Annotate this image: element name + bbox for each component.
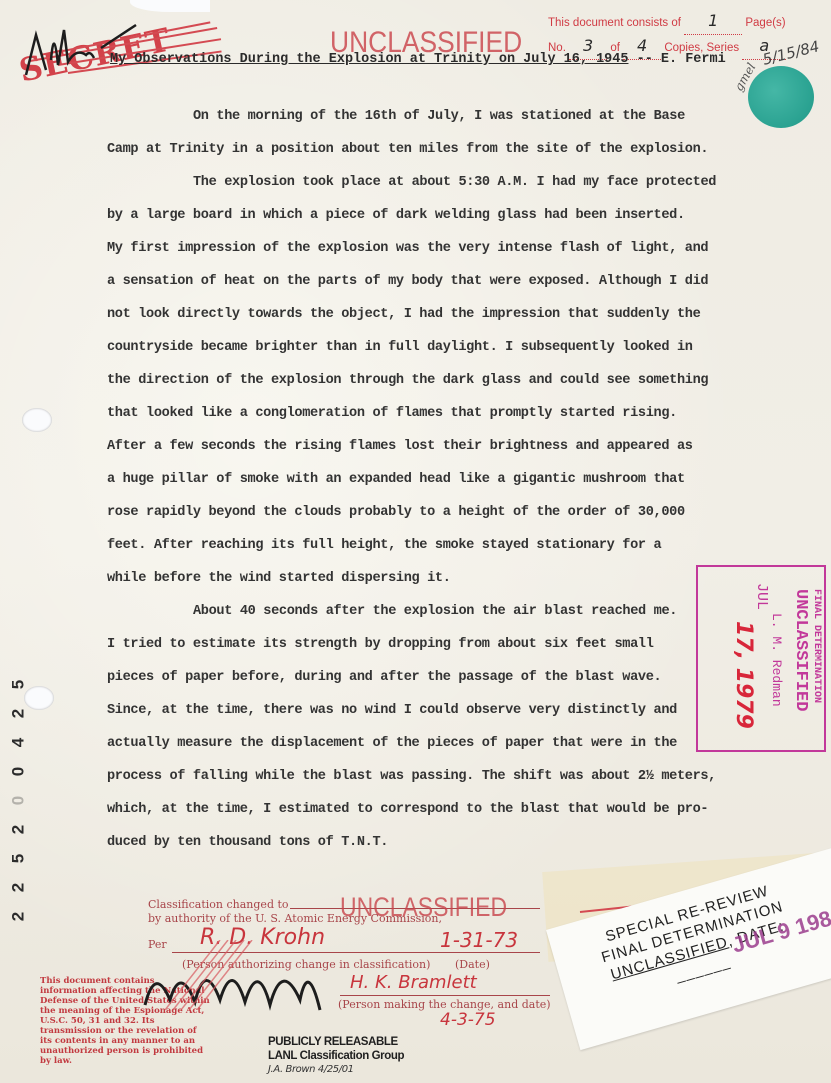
paper-tear <box>130 0 210 12</box>
title-author: -- E. Fermi <box>637 52 726 67</box>
body-line: The explosion took place at about 5:30 A… <box>107 166 797 199</box>
pages-value: 1 <box>708 11 718 30</box>
scribble-signature-icon <box>16 20 146 80</box>
serial-digit: 2 <box>4 818 33 842</box>
serial-digit: 5 <box>4 847 33 871</box>
serial-digit: 2 <box>4 876 33 900</box>
body-line: the direction of the explosion through t… <box>107 364 797 397</box>
body-line: a huge pillar of smoke with an expanded … <box>107 463 797 496</box>
body-line: duced by ten thousand tons of T.N.T. <box>107 826 797 859</box>
body-line: actually measure the displacement of the… <box>107 727 797 760</box>
serial-digit: 0 <box>4 760 33 784</box>
stamp-line-final-determination: FINAL DETERMINATION <box>811 589 822 703</box>
body-line: I tried to estimate its strength by drop… <box>107 628 797 661</box>
final-determination-stamp: FINAL DETERMINATION UNCLASSIFIED L. M. R… <box>696 565 826 752</box>
body-line: not look directly towards the object, I … <box>107 298 797 331</box>
document-page: SECRET UNCLASSIFIED This document consis… <box>0 0 831 1083</box>
releasable-signature: J.A. Brown 4/25/01 <box>268 1063 404 1077</box>
pages-label: Page(s) <box>745 17 785 29</box>
serial-digit: 0 <box>4 789 33 813</box>
red-hatch-marks-icon <box>165 940 255 1010</box>
body-line: process of falling while the blast was p… <box>107 760 797 793</box>
body-line: a sensation of heat on the parts of my b… <box>107 265 797 298</box>
body-line: countryside became brighter than in full… <box>107 331 797 364</box>
body-line: Camp at Trinity in a position about ten … <box>107 133 797 166</box>
per-date: 1-31-73 <box>440 928 518 952</box>
releasable-line1: PUBLICLY RELEASABLE <box>268 1035 404 1049</box>
title-text: My Observations During the Explosion at … <box>110 52 628 67</box>
body-line: Since, at the time, there was no wind I … <box>107 694 797 727</box>
document-title: My Observations During the Explosion at … <box>110 52 726 67</box>
body-line: rose rapidly beyond the clouds probably … <box>107 496 797 529</box>
stamp-line-name: L. M. Redman <box>769 613 784 707</box>
body-line: My first impression of the explosion was… <box>107 232 797 265</box>
releasable-line2: LANL Classification Group <box>268 1049 404 1063</box>
body-line: About 40 seconds after the explosion the… <box>107 595 797 628</box>
consists-label: This document consists of <box>548 17 681 29</box>
second-signature-line <box>340 995 550 996</box>
body-line: feet. After reaching its full height, th… <box>107 529 797 562</box>
punch-hole <box>22 408 52 432</box>
body-line: by a large board in which a piece of dar… <box>107 199 797 232</box>
serial-digit: 5 <box>4 673 33 697</box>
stamp-handwritten-date: 17, 1979 <box>731 621 756 729</box>
stamp-line-unclassified: UNCLASSIFIED <box>791 589 810 711</box>
second-signature: H. K. Bramlett <box>350 972 477 993</box>
unclassified-stamp-bottom: UNCLASSIFIED <box>340 892 507 923</box>
body-line: which, at the time, I estimated to corre… <box>107 793 797 826</box>
serial-digit: 4 <box>4 731 33 755</box>
body-line: On the morning of the 16th of July, I wa… <box>107 100 797 133</box>
per-label: Per <box>148 938 167 951</box>
serial-digit: 2 <box>4 905 33 929</box>
pages-field: 1 <box>684 10 742 35</box>
document-body: On the morning of the 16th of July, I wa… <box>107 100 797 859</box>
second-date: 4-3-75 <box>440 1010 496 1030</box>
body-line: while before the wind started dispersing… <box>107 562 797 595</box>
margin-serial-number: 5 2 4 0 0 2 5 2 2 <box>6 670 46 930</box>
body-line: pieces of paper before, during and after… <box>107 661 797 694</box>
publicly-releasable-stamp: PUBLICLY RELEASABLE LANL Classification … <box>268 1035 404 1077</box>
serial-digit: 2 <box>4 702 33 726</box>
body-line: After a few seconds the rising flames lo… <box>107 430 797 463</box>
body-line: that looked like a conglomeration of fla… <box>107 397 797 430</box>
stamp-month: JUL <box>753 583 770 610</box>
date-caption: (Date) <box>455 958 490 971</box>
